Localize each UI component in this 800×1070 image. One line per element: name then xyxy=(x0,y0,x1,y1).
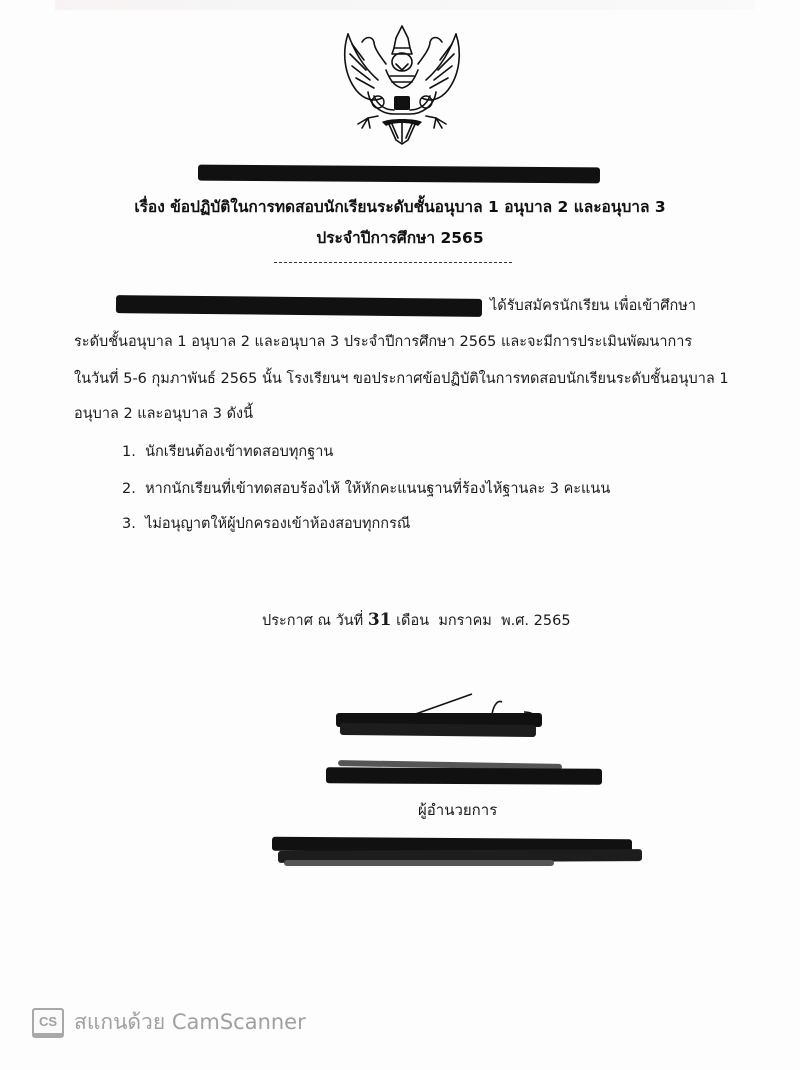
body-line-3: ในวันที่ 5-6 กุมภาพันธ์ 2565 นั้น โรงเรี… xyxy=(74,369,729,389)
rule-text: นักเรียนต้องเข้าทดสอบทุกฐาน xyxy=(145,444,333,460)
rule-text: หากนักเรียนที่เข้าทดสอบร้องไห้ ให้หักคะแ… xyxy=(145,481,610,497)
camscanner-logo-icon: CS xyxy=(32,1008,64,1038)
redacted-school-header xyxy=(198,165,600,184)
body-line-4: อนุบาล 2 และอนุบาล 3 ดังนี้ xyxy=(74,404,253,424)
bleed-through-text xyxy=(55,0,755,10)
signatory-position: ผู้อำนวยการ xyxy=(418,800,497,820)
scanned-document-page: เรื่อง ข้อปฏิบัติในการทดสอบนักเรียนระดับ… xyxy=(0,0,800,1070)
announcement-title: เรื่อง ข้อปฏิบัติในการทดสอบนักเรียนระดับ… xyxy=(0,196,800,218)
rule-number: 1. xyxy=(122,444,136,460)
date-year-label: พ.ศ. xyxy=(501,613,529,629)
rule-item: 2. หากนักเรียนที่เข้าทดสอบร้องไห้ ให้หัก… xyxy=(122,479,610,499)
redacted-director-name xyxy=(326,767,602,784)
date-month: มกราคม xyxy=(438,613,492,629)
divider-line xyxy=(274,262,512,263)
body-line-1: ได้รับสมัครนักเรียน เพื่อเข้าศึกษา xyxy=(490,296,696,316)
camscanner-watermark: CS สแกนด้วย CamScanner xyxy=(32,1006,306,1039)
rule-number: 2. xyxy=(122,481,136,497)
redacted-signature xyxy=(340,723,536,737)
redacted-school-signature xyxy=(284,860,554,866)
date-day-handwritten: 31 xyxy=(368,610,392,630)
rule-item: 3. ไม่อนุญาตให้ผู้ปกครองเข้าห้องสอบทุกกร… xyxy=(122,514,410,534)
rule-number: 3. xyxy=(122,516,136,532)
date-month-label: เดือน xyxy=(396,613,429,629)
rule-text: ไม่อนุญาตให้ผู้ปกครองเข้าห้องสอบทุกกรณี xyxy=(145,516,410,532)
redacted-school-name xyxy=(116,295,482,317)
garuda-emblem-icon xyxy=(338,22,466,146)
announcement-date: ประกาศ ณ วันที่ 31 เดือน มกราคม พ.ศ. 256… xyxy=(262,610,571,631)
body-line-2: ระดับชั้นอนุบาล 1 อนุบาล 2 และอนุบาล 3 ป… xyxy=(74,332,692,352)
camscanner-label: สแกนด้วย CamScanner xyxy=(74,1006,306,1039)
academic-year: ประจำปีการศึกษา 2565 xyxy=(0,227,800,249)
rule-item: 1. นักเรียนต้องเข้าทดสอบทุกฐาน xyxy=(122,442,333,462)
date-prefix: ประกาศ ณ วันที่ xyxy=(262,613,363,629)
date-year: 2565 xyxy=(534,613,571,629)
